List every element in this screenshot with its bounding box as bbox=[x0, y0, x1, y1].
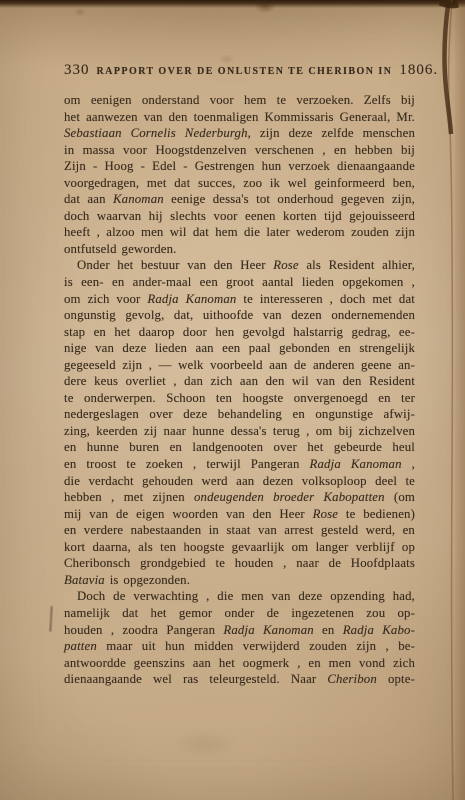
text-segment: ontfutseld geworden. bbox=[64, 242, 177, 256]
text-line: die verdacht gehouden werd aan dezen vol… bbox=[64, 473, 415, 490]
text-line: stap en het daarop door hen gevolgd hals… bbox=[64, 324, 415, 341]
text-line: houden , zoodra Pangeran Radja Kanoman e… bbox=[64, 622, 415, 639]
text-line: om eenigen onderstand voor hem te verzoe… bbox=[64, 92, 415, 109]
text-segment: mij van de eigen woorden van den Heer bbox=[64, 507, 313, 521]
text-line: doch waarvan hij slechts voor eenen kort… bbox=[64, 208, 415, 225]
italic-text-segment: Rose bbox=[273, 258, 298, 272]
paper-smudge bbox=[160, 724, 250, 764]
margin-pencil-mark bbox=[49, 606, 52, 632]
text-segment: maar uit hun midden verwijderd zouden zi… bbox=[97, 639, 415, 653]
italic-text-segment: Batavia bbox=[64, 573, 105, 587]
text-segment: te onderwerpen. Schoon ten hoogste onver… bbox=[64, 391, 415, 405]
text-line: Sebastiaan Cornelis Nederburgh, zijn dez… bbox=[64, 125, 415, 142]
text-segment: die verdacht gehouden werd aan dezen vol… bbox=[64, 474, 415, 488]
text-line: namelijk dat het gemor onder de ingezete… bbox=[64, 605, 415, 622]
text-line: ongunstig gevolg, dat, uithoofde van dez… bbox=[64, 307, 415, 324]
italic-text-segment: Radja Kabo- bbox=[343, 623, 415, 637]
book-top-edge bbox=[0, 0, 465, 8]
text-line: Cheribonsch grondgebied te houden , naar… bbox=[64, 555, 415, 572]
text-segment: om eenigen onderstand voor hem te verzoe… bbox=[64, 93, 415, 107]
text-segment: houden , zoodra Pangeran bbox=[64, 623, 223, 637]
text-segment: zing, keerden zij naar hunne dessa's ter… bbox=[64, 424, 415, 438]
page-number: 330 bbox=[64, 62, 90, 79]
italic-text-segment: patten bbox=[64, 639, 97, 653]
text-line: is een- en ander-maal een groot aantal l… bbox=[64, 274, 415, 291]
text-segment: Cheribonsch grondgebied te houden , naar… bbox=[64, 556, 415, 570]
text-line: te onderwerpen. Schoon ten hoogste onver… bbox=[64, 390, 415, 407]
text-segment: in massa voor Hoogstdenzelven verschenen… bbox=[64, 143, 415, 157]
text-segment: ongunstig gevolg, dat, uithoofde van dez… bbox=[64, 308, 415, 322]
text-segment: doch waarvan hij slechts voor eenen kort… bbox=[64, 209, 415, 223]
text-line: dat aan Kanoman eenige dessa's tot onder… bbox=[64, 191, 415, 208]
text-segment: Doch de verwachting , die men van deze o… bbox=[77, 589, 415, 603]
running-title: RAPPORT OVER DE ONLUSTEN TE CHERIBON IN bbox=[97, 66, 393, 77]
text-segment: (om bbox=[385, 490, 415, 504]
text-line: Zijn - Hoog - Edel - Gestrengen hun verz… bbox=[64, 158, 415, 175]
text-line: Batavia is opgezonden. bbox=[64, 572, 415, 589]
text-segment: te bedienen) bbox=[338, 507, 415, 521]
text-segment: kort daarna, als ten hoogste gevaarlijk … bbox=[64, 540, 415, 554]
text-line: gegeeseld zijn , — welk voorbeeld aan de… bbox=[64, 357, 415, 374]
text-segment: is een- en ander-maal een groot aantal l… bbox=[64, 275, 415, 289]
text-segment: en bbox=[314, 623, 343, 637]
italic-text-segment: Radja Kanoman bbox=[223, 623, 313, 637]
italic-text-segment: Kanoman bbox=[113, 192, 164, 206]
text-line: in massa voor Hoogstdenzelven verschenen… bbox=[64, 142, 415, 159]
text-segment: dat aan bbox=[64, 192, 113, 206]
header-year: 1806. bbox=[399, 62, 438, 79]
text-segment: dere keus overliet , dan zich aan den wi… bbox=[64, 374, 415, 388]
text-segment: heeft , alzoo men wil dat hem die later … bbox=[64, 225, 415, 239]
text-segment: stap en het daarop door hen gevolgd hals… bbox=[64, 325, 415, 339]
text-segment: , zijn deze zelfde menschen bbox=[248, 126, 415, 140]
body-text: om eenigen onderstand voor hem te verzoe… bbox=[64, 92, 415, 688]
text-segment: het aanwezen van den toenmaligen Kommiss… bbox=[64, 110, 415, 124]
page-header: 330 RAPPORT OVER DE ONLUSTEN TE CHERIBON… bbox=[64, 62, 415, 79]
text-segment: hebben , met zijnen bbox=[64, 490, 194, 504]
text-line: en verdere nabestaanden in staat van arr… bbox=[64, 522, 415, 539]
text-segment: als Resident alhier, bbox=[299, 258, 415, 272]
text-segment: opte- bbox=[377, 672, 415, 686]
text-segment: namelijk dat het gemor onder de ingezete… bbox=[64, 606, 415, 620]
text-line: patten maar uit hun midden verwijderd zo… bbox=[64, 638, 415, 655]
text-segment: is opgezonden. bbox=[105, 573, 190, 587]
text-segment: Onder het bestuur van den Heer bbox=[77, 258, 273, 272]
text-segment: nedergeslagen over deze behandeling en o… bbox=[64, 407, 415, 421]
italic-text-segment: Cheribon bbox=[327, 672, 377, 686]
text-line: Doch de verwachting , die men van deze o… bbox=[64, 588, 415, 605]
text-line: het aanwezen van den toenmaligen Kommiss… bbox=[64, 109, 415, 126]
text-segment: en troost te zoeken , terwijl Pangeran bbox=[64, 457, 310, 471]
italic-text-segment: Radja Kanoman bbox=[310, 457, 402, 471]
text-line: antwoordde geenszins aan het oogmerk , e… bbox=[64, 655, 415, 672]
text-line: zing, keerden zij naar hunne dessa's ter… bbox=[64, 423, 415, 440]
book-page: 330 RAPPORT OVER DE ONLUSTEN TE CHERIBON… bbox=[0, 0, 465, 800]
text-line: nedergeslagen over deze behandeling en o… bbox=[64, 406, 415, 423]
text-segment: , bbox=[402, 457, 415, 471]
text-line: dere keus overliet , dan zich aan den wi… bbox=[64, 373, 415, 390]
text-segment: nige van deze lieden aan een paal gebond… bbox=[64, 341, 415, 355]
text-line: nige van deze lieden aan een paal gebond… bbox=[64, 340, 415, 357]
text-line: dienaangaande wel ras teleurgesteld. Naa… bbox=[64, 671, 415, 688]
text-segment: en verdere nabestaanden in staat van arr… bbox=[64, 523, 415, 537]
text-segment: gegeeseld zijn , — welk voorbeeld aan de… bbox=[64, 358, 415, 372]
text-segment: voorgedragen, met dat succes, zoo ik wel… bbox=[64, 176, 415, 190]
text-line: ontfutseld geworden. bbox=[64, 241, 415, 258]
text-segment: antwoordde geenszins aan het oogmerk , e… bbox=[64, 656, 415, 670]
text-segment: dienaangaande wel ras teleurgesteld. Naa… bbox=[64, 672, 327, 686]
text-line: Onder het bestuur van den Heer Rose als … bbox=[64, 257, 415, 274]
italic-text-segment: Sebastiaan Cornelis Nederburgh bbox=[64, 126, 248, 140]
text-line: heeft , alzoo men wil dat hem die later … bbox=[64, 224, 415, 241]
scanned-book-photo: 330 RAPPORT OVER DE ONLUSTEN TE CHERIBON… bbox=[0, 0, 465, 800]
text-block: 330 RAPPORT OVER DE ONLUSTEN TE CHERIBON… bbox=[64, 62, 415, 688]
text-line: en hunne buren en landgenooten over het … bbox=[64, 439, 415, 456]
page-edge-shadow bbox=[455, 0, 465, 800]
text-line: en troost te zoeken , terwijl Pangeran R… bbox=[64, 456, 415, 473]
italic-text-segment: Rose bbox=[313, 507, 338, 521]
text-line: mij van de eigen woorden van den Heer Ro… bbox=[64, 506, 415, 523]
text-segment: te interesseren , doch met dat bbox=[236, 292, 415, 306]
italic-text-segment: ondeugenden broeder Kabopatten bbox=[194, 490, 385, 504]
text-segment: en hunne buren en landgenooten over het … bbox=[64, 440, 415, 454]
italic-text-segment: Radja Kanoman bbox=[147, 292, 236, 306]
text-segment: Zijn - Hoog - Edel - Gestrengen hun verz… bbox=[64, 159, 415, 173]
text-line: voorgedragen, met dat succes, zoo ik wel… bbox=[64, 175, 415, 192]
text-line: om zich voor Radja Kanoman te interesser… bbox=[64, 291, 415, 308]
text-line: hebben , met zijnen ondeugenden broeder … bbox=[64, 489, 415, 506]
text-line: kort daarna, als ten hoogste gevaarlijk … bbox=[64, 539, 415, 556]
text-segment: eenige dessa's tot onderhoud gegeven zij… bbox=[164, 192, 415, 206]
text-segment: om zich voor bbox=[64, 292, 147, 306]
